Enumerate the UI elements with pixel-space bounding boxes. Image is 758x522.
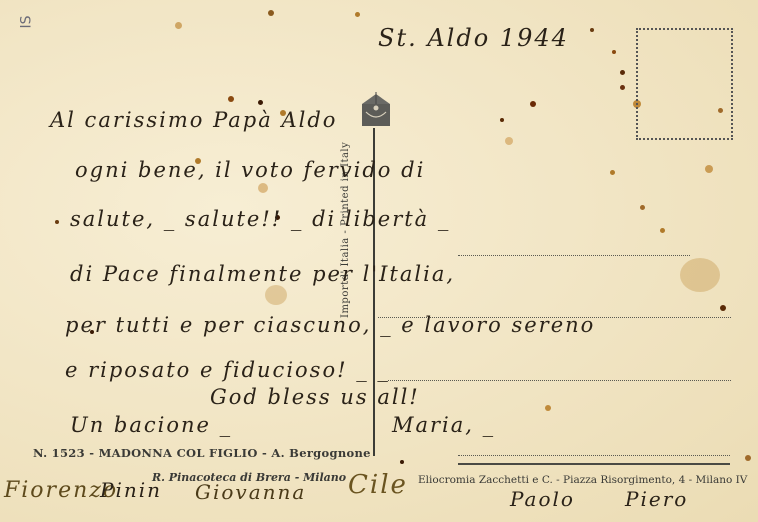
address-solid-line [458, 463, 730, 465]
address-line-4 [458, 455, 730, 456]
caption-title: N. 1523 - MADONNA COL FIGLIO - A. Bergog… [33, 446, 371, 460]
message-line-2: ogni bene, il voto fervido di [75, 158, 425, 182]
postcard-back: IS Importd' Italia - Printed in Italy St… [0, 0, 758, 522]
signature-giovanna: Giovanna [195, 480, 306, 504]
message-line-6: e riposato e fiducioso! _ _ [65, 358, 390, 382]
message-line-3: salute, _ salute!! _ di libertà _ [70, 207, 450, 231]
corner-pencil-mark: IS [19, 15, 35, 28]
message-line-5: per tutti e per ciascuno, _ e lavoro ser… [65, 313, 595, 337]
header-date: St. Aldo 1944 [378, 24, 569, 52]
signature-cile: Cile [348, 470, 408, 500]
message-line-8: Un bacione _ [70, 413, 232, 437]
signature-piero: Piero [625, 487, 688, 511]
message-line-7: God bless us all! [210, 385, 420, 409]
message-line-1: Al carissimo Papà Aldo [50, 108, 337, 132]
message-signature: Maria, _ [392, 413, 495, 437]
signature-pinin: Pinin [100, 478, 162, 502]
publisher-imprint: Eliocromia Zacchetti e C. - Piazza Risor… [418, 474, 747, 486]
address-line-1 [458, 255, 690, 256]
stamp-box [636, 28, 733, 140]
address-line-3 [388, 380, 731, 381]
message-line-4: di Pace finalmente per l'Italia, [70, 262, 455, 286]
signature-paolo: Paolo [510, 487, 575, 511]
cathedral-emblem-icon [358, 92, 394, 128]
